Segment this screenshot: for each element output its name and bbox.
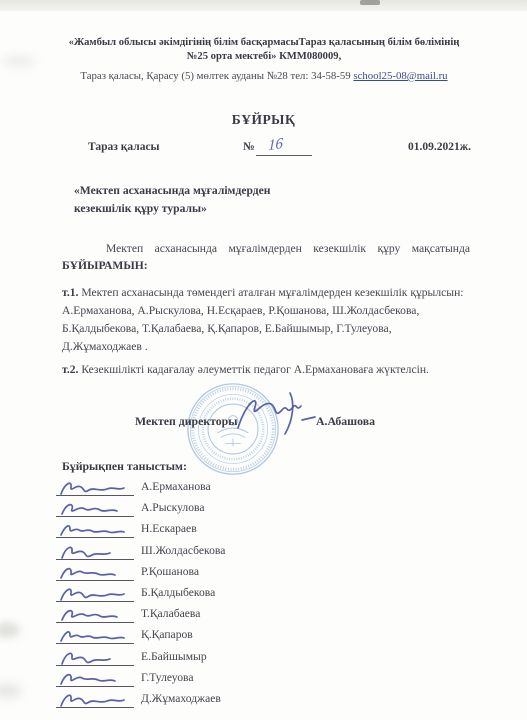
signatory-row: Ш.Жолдасбекова [56,541,356,562]
scanned-order-document: «Жамбыл облысы әкімдігінің білім басқарм… [0,0,527,720]
handwritten-signature [58,649,130,669]
signatory-row: А.Ермаханова [56,477,356,498]
handwritten-signature [58,564,130,584]
scan-edge-band [0,0,527,11]
subject-line2: кезекшілік құру туралы» [74,200,354,218]
signature-line [56,605,134,623]
order-number-line [256,155,312,156]
signature-line [56,478,134,496]
handwritten-signature [58,543,130,563]
director-signature [232,390,327,442]
address-text: Тараз қаласы, Қарасу (5) мөлтек ауданы №… [80,70,353,82]
signature-line [56,542,134,560]
signatory-name: Н.Ескараев [141,519,197,538]
handwritten-signature [58,606,130,626]
order-number-handwritten: 16 [268,136,283,156]
scan-mark [360,0,380,5]
intro-text: Мектеп асханасында мұғалімдерден кезекші… [62,240,470,257]
signatory-name: Е.Байшымыр [141,647,207,666]
org-address: Тараз қаласы, Қарасу (5) мөлтек ауданы №… [30,70,498,82]
scan-smudge [0,684,22,698]
org-name-line2: №25 орта мектебі» КММ080009, [38,50,490,64]
signatory-name: А.Ермаханова [141,477,211,496]
signatory-row: Е.Байшымыр [56,647,356,668]
signatory-name: А.Рыскулова [141,498,204,517]
signatory-list: А.Ермаханова А.Рыскулова Н.Ескараев [56,477,356,710]
signatory-row: Б.Қалдыбекова [56,583,356,604]
signature-line [56,520,134,538]
signatory-name: Р.Қошанова [141,562,199,581]
scan-smudge [0,622,20,638]
signature-line [56,669,134,687]
intro-paragraph: Мектеп асханасында мұғалімдерден кезекші… [62,240,470,274]
signature-line [56,690,134,708]
signatory-name: Қ.Қапаров [141,625,193,644]
handwritten-signature [58,691,130,711]
signatory-row: Д.Жұмаходжаев [56,689,356,710]
signature-line [56,584,134,602]
signatory-name: Г.Тулеуова [141,668,194,687]
director-label: Мектеп директоры [135,414,237,429]
signatory-row: Қ.Қапаров [56,625,356,646]
signature-line [56,626,134,644]
clause-2: т.2. Кезекшілікті кадағалау әлеуметтік п… [62,361,474,379]
order-number-label: № [243,141,255,153]
signatory-name: Т.Қалабаева [141,604,200,623]
signatory-row: Г.Тулеуова [56,668,356,689]
signature-line [56,499,134,517]
signatory-name: Ш.Жолдасбекова [141,541,225,560]
email-link[interactable]: school25-08@mail.ru [353,70,447,82]
order-city: Тараз қаласы [88,141,160,153]
handwritten-signature [58,670,130,690]
scan-smudge [2,56,36,66]
handwritten-signature [58,500,130,520]
org-header: «Жамбыл облысы әкімдігінің білім басқарм… [38,36,490,64]
acknowledge-heading: Бұйрықпен таныстым: [62,459,187,474]
clause-2-text: Кезекшілікті кадағалау әлеуметтік педаго… [78,363,429,376]
handwritten-signature [58,479,130,499]
signatory-row: Р.Қошанова [56,562,356,583]
clause-1-text: Мектеп асханасында төмендегі аталған мұғ… [62,286,464,353]
director-name: А.Абашова [316,414,375,429]
signature-line [56,648,134,666]
intro-resolve-word: БҰЙЫРАМЫН: [62,257,470,274]
handwritten-signature [58,627,130,647]
clause-1-label: т.1. [62,286,78,299]
order-subject: «Мектеп асханасында мұғалімдерден кезекш… [74,182,354,218]
signatory-row: Н.Ескараев [56,519,356,540]
signatory-row: А.Рыскулова [56,498,356,519]
signatory-name: Д.Жұмаходжаев [141,689,221,708]
handwritten-signature [58,585,130,605]
org-name-line1: «Жамбыл облысы әкімдігінің білім басқарм… [38,36,490,50]
signatory-row: Т.Қалабаева [56,604,356,625]
clause-1: т.1. Мектеп асханасында төмендегі аталға… [62,284,474,356]
order-title: БҰЙРЫҚ [0,112,527,128]
order-date: 01.09.2021ж. [408,141,471,153]
signatory-name: Б.Қалдыбекова [141,583,215,602]
subject-line1: «Мектеп асханасында мұғалімдерден [74,182,354,200]
clause-2-label: т.2. [62,363,78,376]
handwritten-signature [58,521,130,541]
signature-line [56,563,134,581]
